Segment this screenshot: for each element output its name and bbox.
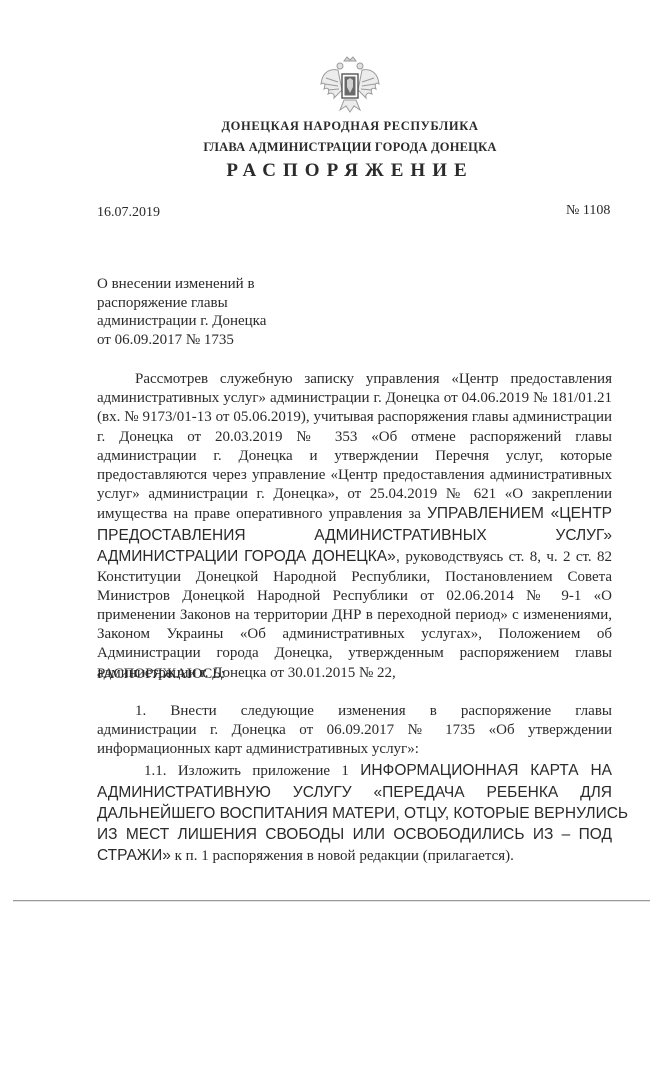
issuer-name: ГЛАВА АДМИНИСТРАЦИИ ГОРОДА ДОНЕЦКА — [0, 140, 655, 155]
preamble-caps-line: ПРЕДОСТАВЛЕНИЯ АДМИНИСТРАТИВНЫХ УСЛУГ» — [97, 525, 612, 546]
preamble-line: (вх. № 9173/01-13 от 05.06.2019), учитыв… — [97, 408, 612, 427]
item-1: 1. Внести следующие изменения в распоряж… — [97, 702, 612, 867]
decree-word: РАСПОРЯЖАЮСЬ: — [97, 665, 612, 684]
document-subject: О внесении изменений в распоряжение глав… — [97, 275, 266, 349]
item-1-1-caps-line: ДАЛЬНЕЙШЕГО ВОСПИТАНИЯ МАТЕРИ, ОТЦУ, КОТ… — [97, 803, 612, 824]
item-1-1-caps-line: АДМИНИСТРАТИВНУЮ УСЛУГУ «ПЕРЕДАЧА РЕБЕНК… — [97, 782, 612, 803]
preamble-line: применении Законов на территории ДНР в п… — [97, 606, 612, 625]
dpr-coat-of-arms-icon — [318, 56, 382, 114]
document-date: 16.07.2019 — [97, 205, 160, 221]
item-1-1-tail: к п. 1 распоряжения в новой редакции (пр… — [171, 848, 514, 864]
document-title: РАСПОРЯЖЕНИЕ — [0, 160, 655, 182]
preamble-line: Рассмотрев служебную записку управления … — [97, 370, 612, 389]
preamble-line: Администрации города Донецка, утвержденн… — [97, 644, 612, 663]
preamble-line: административных услуг» администрации г.… — [97, 389, 612, 408]
preamble-paragraph: Рассмотрев служебную записку управления … — [97, 370, 612, 683]
preamble-line: имущества на праве оперативного управлен… — [97, 504, 612, 524]
preamble-line: администрации г. Донецка и утверждении П… — [97, 447, 612, 466]
preamble-line: Конституции Донецкой Народной Республики… — [97, 568, 612, 587]
item-1-line: информационных карт административных усл… — [97, 740, 612, 759]
item-1-1-prefix: 1.1. Изложить приложение 1 — [144, 763, 349, 779]
item-1-1-line: СТРАЖИ» к п. 1 распоряжения в новой реда… — [97, 845, 612, 867]
document-number: № 1108 — [566, 203, 610, 219]
preamble-line: услуг» администрации г. Донецка», от 25.… — [97, 485, 612, 504]
preamble-text: руководствуясь ст. 8, ч. 2 ст. 82 — [405, 549, 612, 565]
item-1-1-caps-text: СТРАЖИ» — [97, 847, 171, 864]
subject-line: администрации г. Донецка — [97, 312, 266, 331]
item-1-1-line: 1.1. Изложить приложение 1 ИНФОРМАЦИОННА… — [97, 760, 612, 782]
preamble-caps-text: УПРАВЛЕНИЕМ «ЦЕНТР — [427, 505, 612, 522]
item-1-line: 1. Внести следующие изменения в распоряж… — [97, 702, 612, 721]
preamble-line: АДМИНИСТРАЦИИ ГОРОДА ДОНЕЦКА», руководст… — [97, 546, 612, 568]
item-1-1-caps-line: ИЗ МЕСТ ЛИШЕНИЯ СВОБОДЫ ИЛИ ОСВОБОДИЛИСЬ… — [97, 824, 612, 845]
page-divider — [13, 900, 650, 901]
preamble-line: г. Донецка от 20.03.2019 № 353 «Об отмен… — [97, 428, 612, 447]
preamble-line: предоставляются через управление «Центр … — [97, 466, 612, 485]
preamble-line: Министров Донецкой Народной Республики о… — [97, 587, 612, 606]
item-1-1-caps-text: ИНФОРМАЦИОННАЯ КАРТА НА — [360, 762, 612, 779]
subject-line: О внесении изменений в — [97, 275, 266, 294]
item-1-line: администрации г. Донецка от 06.09.2017 №… — [97, 721, 612, 740]
republic-name: ДОНЕЦКАЯ НАРОДНАЯ РЕСПУБЛИКА — [0, 119, 655, 134]
subject-line: от 06.09.2017 № 1735 — [97, 331, 266, 350]
preamble-caps-text: АДМИНИСТРАЦИИ ГОРОДА ДОНЕЦКА», — [97, 548, 400, 565]
preamble-text: имущества на праве оперативного управлен… — [97, 506, 421, 522]
subject-line: распоряжение главы — [97, 294, 266, 313]
preamble-line: Законом Украины «Об административных усл… — [97, 625, 612, 644]
